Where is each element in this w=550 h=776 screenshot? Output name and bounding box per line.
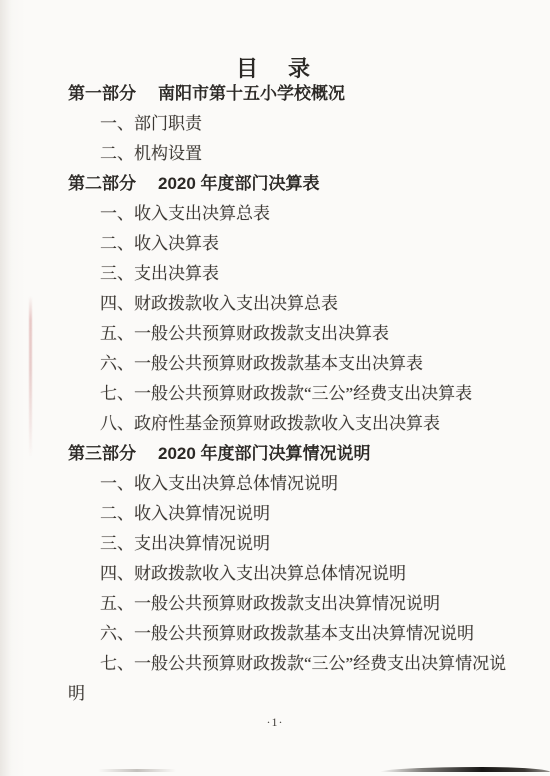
toc-item: 一、部门职责 (0, 109, 550, 139)
toc-item: 三、支出决算表 (0, 259, 550, 289)
toc-item: 七、一般公共预算财政拨款“三公”经费支出决算情况说 (0, 649, 550, 679)
section-2-title: 2020 年度部门决算表 (158, 174, 320, 193)
toc-item: 二、收入决算情况说明 (0, 499, 550, 529)
page-number: ·1· (0, 715, 550, 730)
toc-item: 五、一般公共预算财政拨款支出决算情况说明 (0, 589, 550, 619)
toc-item-continuation: 明 (0, 679, 550, 709)
toc-item: 三、支出决算情况说明 (0, 529, 550, 559)
toc-item: 四、财政拨款收入支出决算总表 (0, 289, 550, 319)
section-3-heading: 第三部分2020 年度部门决算情况说明 (0, 439, 550, 469)
section-1-label: 第一部分 (68, 84, 136, 103)
toc-item: 二、机构设置 (0, 139, 550, 169)
toc-item: 一、收入支出决算总体情况说明 (0, 469, 550, 499)
toc-item: 六、一般公共预算财政拨款基本支出决算情况说明 (0, 619, 550, 649)
toc-item: 五、一般公共预算财政拨款支出决算表 (0, 319, 550, 349)
section-3-label: 第三部分 (68, 444, 136, 463)
table-of-contents: 第一部分南阳市第十五小学校概况 一、部门职责 二、机构设置 第二部分2020 年… (0, 79, 550, 709)
scan-bottom-right-shadow (380, 767, 550, 772)
toc-item: 六、一般公共预算财政拨款基本支出决算表 (0, 349, 550, 379)
section-1-title: 南阳市第十五小学校概况 (158, 84, 345, 103)
scan-bottom-left-shadow (98, 769, 176, 772)
toc-item: 二、收入决算表 (0, 229, 550, 259)
section-2-heading: 第二部分2020 年度部门决算表 (0, 169, 550, 199)
section-1-heading: 第一部分南阳市第十五小学校概况 (0, 79, 550, 109)
toc-item: 八、政府性基金预算财政拨款收入支出决算表 (0, 409, 550, 439)
toc-item: 七、一般公共预算财政拨款“三公”经费支出决算表 (0, 379, 550, 409)
toc-item: 四、财政拨款收入支出决算总体情况说明 (0, 559, 550, 589)
section-2-label: 第二部分 (68, 174, 136, 193)
scanned-toc-page: 目 录 第一部分南阳市第十五小学校概况 一、部门职责 二、机构设置 第二部分20… (0, 0, 550, 776)
toc-item: 一、收入支出决算总表 (0, 199, 550, 229)
section-3-title: 2020 年度部门决算情况说明 (158, 444, 371, 463)
